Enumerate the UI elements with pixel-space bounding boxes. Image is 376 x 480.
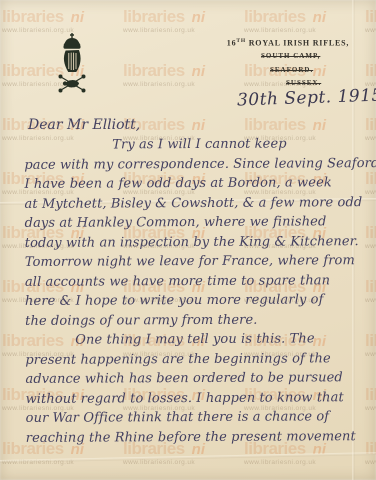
crest-bugle-icon — [59, 75, 85, 92]
letter-line: here & I hope to write you more regularl… — [25, 292, 370, 313]
letter-date: 30th Sept. 1915 — [237, 85, 376, 110]
watermark-url-text: www.librariesni.org.uk — [123, 460, 244, 467]
watermark-ni-logo-icon: ni — [313, 117, 326, 134]
letter-line: I have been a few odd days at Bordon, a … — [24, 175, 369, 196]
watermark-name-text: libraries — [365, 61, 376, 80]
watermark-url-text: www.librariesni.org.uk — [123, 82, 244, 89]
libraries-ni-watermark: librariesniwww.librariesni.org.uk — [365, 62, 376, 89]
regiment-title: 16TH ROYAL IRISH RIFLES, — [200, 38, 376, 48]
crest-harp-icon — [64, 51, 80, 72]
regiment-number: 16 — [227, 39, 237, 48]
letter-line: reaching the Rhine before the present mo… — [26, 429, 371, 450]
watermark-url-text: www.librariesni.org.uk — [244, 28, 365, 35]
letter-line: One thing I may tell you is this. The — [75, 331, 370, 352]
scanned-letter-page: librariesniwww.librariesni.org.uklibrari… — [0, 0, 376, 480]
watermark-ni-logo-icon: ni — [313, 9, 326, 26]
struck-address-line: SEAFORD. — [270, 66, 321, 80]
struck-address-block: SOUTH CAMP,SEAFORD.SUSSEX. — [261, 52, 321, 93]
watermark-name-text: libraries — [365, 115, 376, 134]
watermark-ni-logo-icon: ni — [71, 9, 84, 26]
letter-line: Try as I will I cannot keep — [112, 136, 369, 157]
letter-line: our War Office think that there is a cha… — [26, 409, 371, 430]
crest-crown-icon — [64, 39, 80, 49]
watermark-url-text: www.librariesni.org.uk — [244, 460, 365, 467]
watermark-name-text: libraries — [123, 61, 185, 80]
letter-line: all accounts we have more time to spare … — [25, 273, 370, 294]
libraries-ni-watermark: librariesniwww.librariesni.org.uk — [244, 8, 365, 35]
letter-line: the doings of our army from there. — [25, 312, 370, 333]
letter-body: Try as I will I cannot keeppace with my … — [24, 136, 371, 450]
libraries-ni-watermark: librariesniwww.librariesni.org.uk — [123, 62, 244, 89]
watermark-url-text: www.librariesni.org.uk — [365, 28, 376, 35]
libraries-ni-watermark: librariesniwww.librariesni.org.uk — [365, 8, 376, 35]
watermark-name-text: libraries — [244, 7, 306, 26]
crest-cross-icon — [70, 33, 74, 38]
watermark-url-text: www.librariesni.org.uk — [123, 28, 244, 35]
letter-line: present happenings are the beginnings of… — [25, 351, 370, 372]
watermark-name-text: libraries — [123, 7, 185, 26]
libraries-ni-watermark: librariesniwww.librariesni.org.uk — [123, 8, 244, 35]
letter-line: without regard to losses. I happen to kn… — [26, 390, 371, 411]
letter-line: advance which has been ordered to be pur… — [25, 370, 370, 391]
letter-line: Tomorrow night we leave for France, wher… — [25, 253, 370, 274]
watermark-name-text: libraries — [2, 7, 64, 26]
letter-line: days at Hankley Common, where we finishe… — [25, 214, 370, 235]
regiment-name: ROYAL IRISH RIFLES, — [246, 39, 349, 48]
watermark-ni-logo-icon: ni — [192, 63, 205, 80]
watermark-name-text: libraries — [244, 115, 306, 134]
fold-crease-bottom — [0, 452, 376, 463]
letter-line: at Mytchett, Bisley & Cowshott, & a few … — [24, 195, 369, 216]
letter-line: pace with my correspondence. Since leavi… — [24, 156, 369, 177]
libraries-ni-watermark: librariesniwww.librariesni.org.uk — [2, 8, 123, 35]
watermark-ni-logo-icon: ni — [192, 117, 205, 134]
regiment-ordinal: TH — [236, 38, 246, 44]
watermark-name-text: libraries — [365, 7, 376, 26]
letter-line: today with an inspection by the King & K… — [25, 234, 370, 255]
watermark-url-text: www.librariesni.org.uk — [365, 460, 376, 467]
letter-salutation: Dear Mr Elliott, — [28, 117, 140, 133]
struck-address-line: SOUTH CAMP, — [261, 52, 321, 66]
watermark-ni-logo-icon: ni — [192, 9, 205, 26]
royal-irish-rifles-crest-icon — [54, 33, 90, 95]
